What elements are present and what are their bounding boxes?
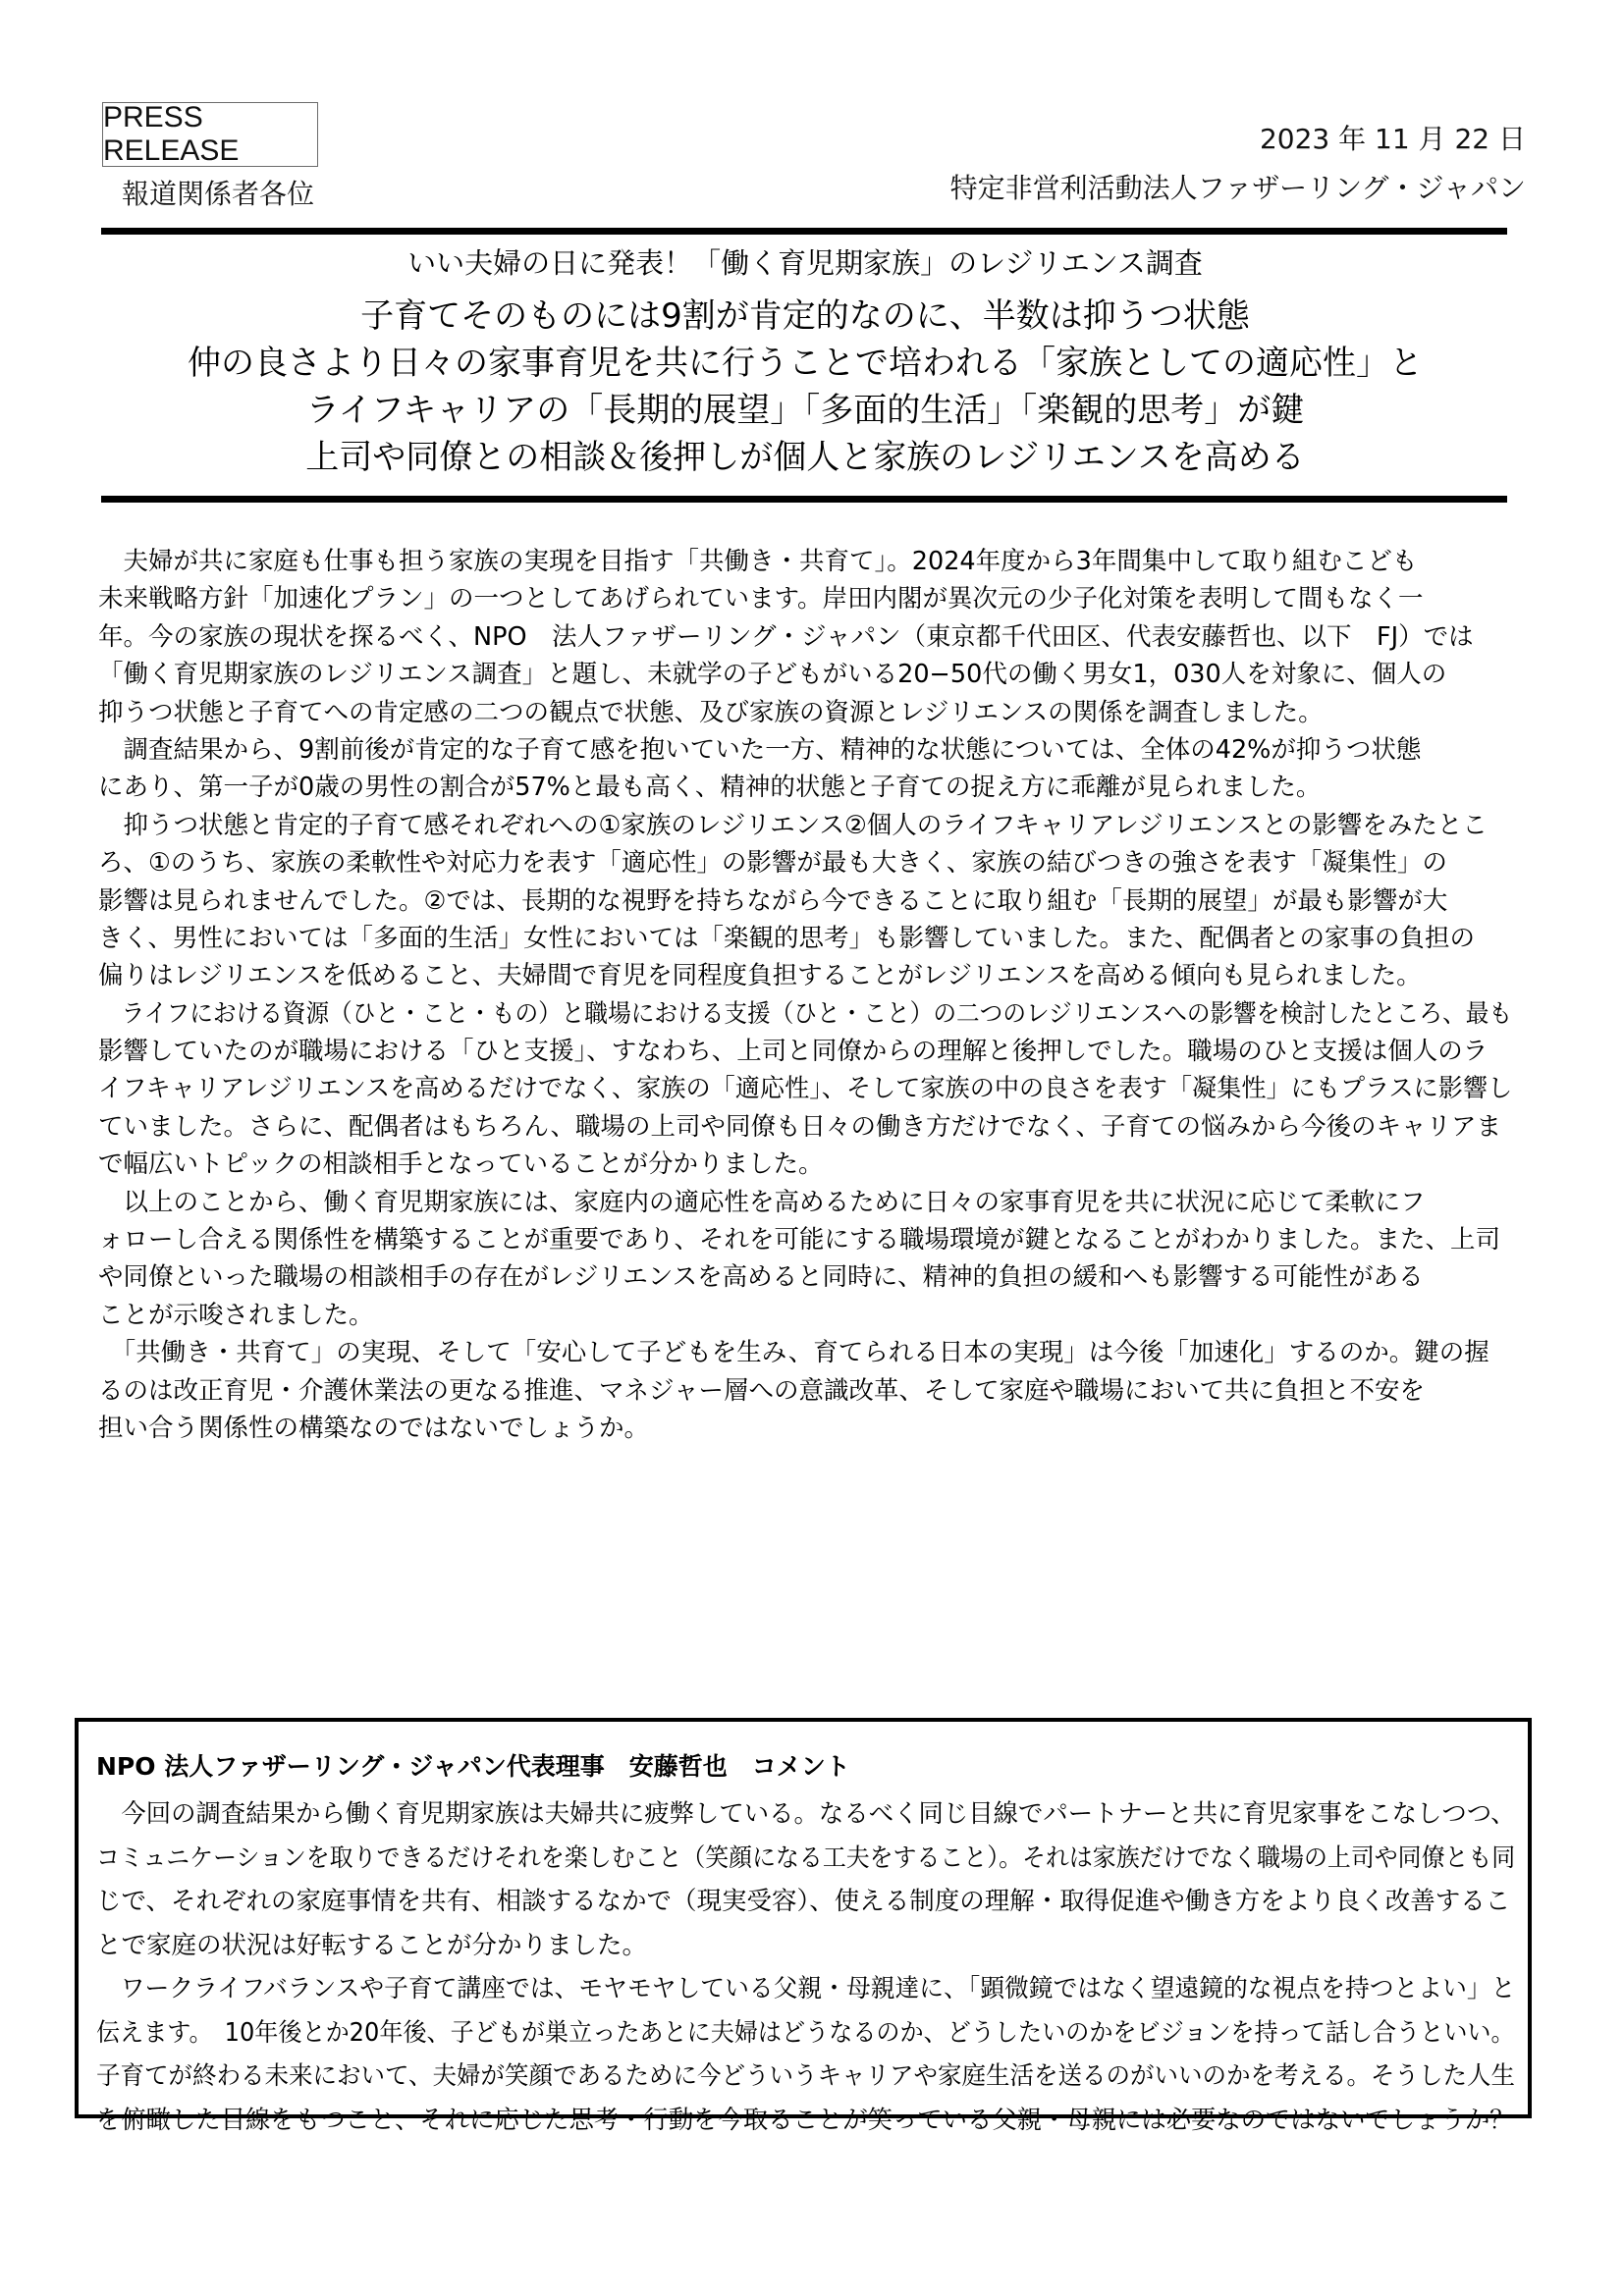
text-line: 影響していたのが職場における「ひと支援」、すなわち、上司と同僚からの理解と後押し… [98,1033,1512,1070]
text-line: るのは改正育児・介護休業法の更なる推進、マネジャー層への意識改革、そして家庭や職… [98,1372,1512,1410]
comment-line: 子育てが終わる未来において、夫婦が笑顔であるために今どういうキャリアや家庭生活を… [96,2055,1455,2099]
representative-comment-box: NPO 法人ファザーリング・ジャパン代表理事 安藤哲也 コメント 今回の調査結果… [75,1718,1532,2118]
recipient-line: 報道関係者各位 [122,173,314,212]
text-line: 影響は見られませんでした。②では、長期的な視野を持ちながら今できることに取り組む… [98,882,1512,920]
text-line: 以上のことから、働く育児期家族には、家庭内の適応性を高めるために日々の家事育児を… [98,1184,1512,1221]
paragraph-resilience: 抑うつ状態と肯定的子育て感それぞれへの①家族のレジリエンス②個人のライフキャリア… [98,807,1512,995]
release-date: 2023 年 11 月 22 日 [1260,118,1526,157]
headline-line: ライフキャリアの「長期的展望」「多面的生活」「楽観的思考」が鍵 [98,387,1512,434]
text-line: きく、男性においては「多面的生活」女性においては「楽観的思考」も影響していました… [98,920,1512,957]
paragraph-workplace: ライフにおける資源（ひと・こと・もの）と職場における支援（ひと・こと）の二つのレ… [98,995,1512,1184]
comment-line: 伝えます。 10年後とか20年後、子どもが巣立ったあとに夫婦はどうなるのか、どう… [96,2011,1433,2056]
text-line: イフキャリアレジリエンスを高めるだけでなく、家族の「適応性」、そして家族の中の良… [98,1070,1492,1107]
text-line: ろ、①のうち、家族の柔軟性や対応力を表す「適応性」の影響が最も大きく、家族の結び… [98,844,1512,881]
organization-name: 特定非営利活動法人ファザーリング・ジャパン [950,167,1526,206]
comment-line: を俯瞰した目線をもつこと、それに応じた思考・行動を今取ることが笑っている父親・母… [96,2099,1501,2143]
body-text: 夫婦が共に家庭も仕事も担う家族の実現を目指す「共働き・共育て」。2024年度から… [98,543,1512,1447]
text-line: 年。今の家族の現状を探るべく、NPO 法人ファザーリング・ジャパン（東京都千代田… [98,618,1512,656]
headline-line: 上司や同僚との相談＆後押しが個人と家族のレジリエンスを高める [98,434,1512,481]
headline-line: 子育てそのものには9割が肯定的なのに、半数は抑うつ状態 [98,293,1512,340]
text-line: や同僚といった職場の相談相手の存在がレジリエンスを高めると同時に、精神的負担の緩… [98,1258,1512,1296]
comment-line: コミュニケーションを取りできるだけそれを楽しむこと（笑顔になる工夫をすること）。… [96,1837,1422,1881]
header-divider [101,228,1507,235]
text-line: 担い合う関係性の構築なのではないでしょうか。 [98,1410,1512,1447]
comment-body: 今回の調査結果から働く育児期家族は夫婦共に疲弊している。なるべく同じ目線でパート… [96,1792,1510,2142]
comment-title: NPO 法人ファザーリング・ジャパン代表理事 安藤哲也 コメント [96,1747,850,1783]
press-release-page: PRESS RELEASE 報道関係者各位 2023 年 11 月 22 日 特… [0,0,1624,2296]
text-line: 偏りはレジリエンスを低めること、夫婦間で育児を同程度負担することがレジリエンスを… [98,957,1512,994]
text-line: 「共働き・共育て」の実現、そして「安心して子どもを生み、育てられる日本の実現」は… [98,1334,1512,1371]
paragraph-results: 調査結果から、9割前後が肯定的な子育て感を抱いていた一方、精神的な状態については… [98,731,1512,807]
headline-line: 仲の良さより日々の家事育児を共に行うことで培われる「家族としての適応性」と [98,340,1512,387]
headline-block: いい夫婦の日に発表！「働く育児期家族」のレジリエンス調査 子育てそのものには9割… [98,243,1512,481]
text-line: 抑うつ状態と子育てへの肯定感の二つの観点で状態、及び家族の資源とレジリエンスの関… [98,694,1512,731]
paragraph-intro: 夫婦が共に家庭も仕事も担う家族の実現を目指す「共働き・共育て」。2024年度から… [98,543,1512,731]
press-release-label-box: PRESS RELEASE [102,102,318,167]
text-line: で幅広いトピックの相談相手となっていることが分かりました。 [98,1146,1512,1183]
text-line: ことが示唆されました。 [98,1297,1512,1334]
text-line: 未来戦略方針「加速化プラン」の一つとしてあげられています。岸田内閣が異次元の少子… [98,580,1512,617]
comment-line: 今回の調査結果から働く育児期家族は夫婦共に疲弊している。なるべく同じ目線でパート… [96,1792,1503,1837]
text-line: ォローし合える関係性を構築することが重要であり、それを可能にする職場環境が鍵とな… [98,1221,1512,1258]
text-line: にあり、第一子が0歳の男性の割合が57%と最も高く、精神的状態と子育ての捉え方に… [98,769,1512,806]
headline-divider [101,496,1507,503]
text-line: 「働く育児期家族のレジリエンス調査」と題し、未就学の子どもがいる20−50代の働… [98,656,1512,693]
paragraph-conclusion: 以上のことから、働く育児期家族には、家庭内の適応性を高めるために日々の家事育児を… [98,1184,1512,1335]
comment-line: じで、それぞれの家庭事情を共有、相談するなかで（現実受容）、使える制度の理解・取… [96,1880,1510,1924]
paragraph-closing: 「共働き・共育て」の実現、そして「安心して子どもを生み、育てられる日本の実現」は… [98,1334,1512,1447]
text-line: 調査結果から、9割前後が肯定的な子育て感を抱いていた一方、精神的な状態については… [98,731,1512,769]
kicker-headline: いい夫婦の日に発表！「働く育児期家族」のレジリエンス調査 [98,243,1512,293]
text-line: ていました。さらに、配偶者はもちろん、職場の上司や同僚も日々の働き方だけでなく、… [98,1108,1512,1146]
comment-line: ワークライフバランスや子育て講座では、モヤモヤしている父親・母親達に、「顕微鏡で… [96,1967,1470,2011]
comment-line: とで家庭の状況は好転することが分かりました。 [96,1924,1510,1968]
text-line: 夫婦が共に家庭も仕事も担う家族の実現を目指す「共働き・共育て」。2024年度から… [98,543,1512,580]
text-line: ライフにおける資源（ひと・こと・もの）と職場における支援（ひと・こと）の二つのレ… [98,995,1410,1033]
text-line: 抑うつ状態と肯定的子育て感それぞれへの①家族のレジリエンス②個人のライフキャリア… [98,807,1512,844]
press-release-label: PRESS RELEASE [103,101,317,168]
